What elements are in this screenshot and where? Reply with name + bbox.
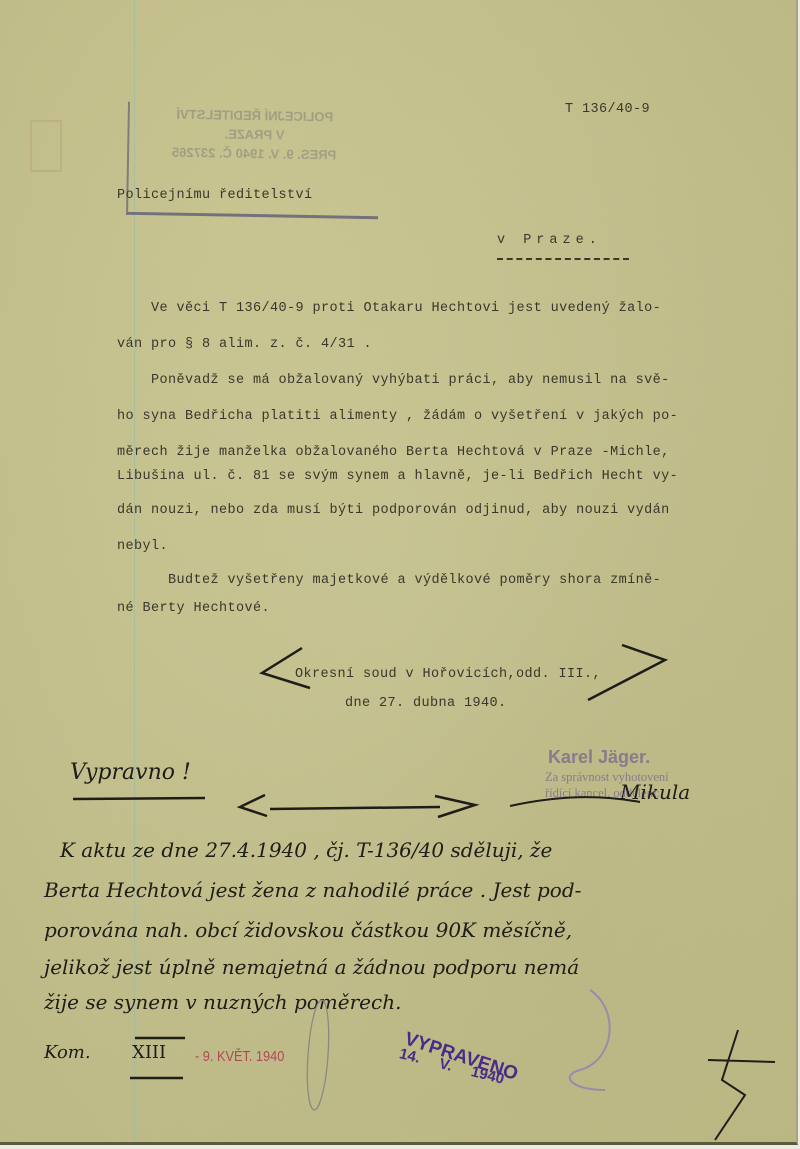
signature-stroke (510, 797, 640, 806)
double-arrow-mark (240, 795, 475, 817)
heading-underline (73, 798, 205, 799)
initials-mark (708, 1030, 775, 1140)
left-bracket-mark (262, 648, 310, 688)
pen-marks (0, 0, 800, 1149)
right-bracket-mark (588, 645, 665, 700)
pencil-loop (304, 999, 332, 1110)
purple-initials (570, 990, 610, 1090)
numeral-bars (130, 1038, 185, 1078)
